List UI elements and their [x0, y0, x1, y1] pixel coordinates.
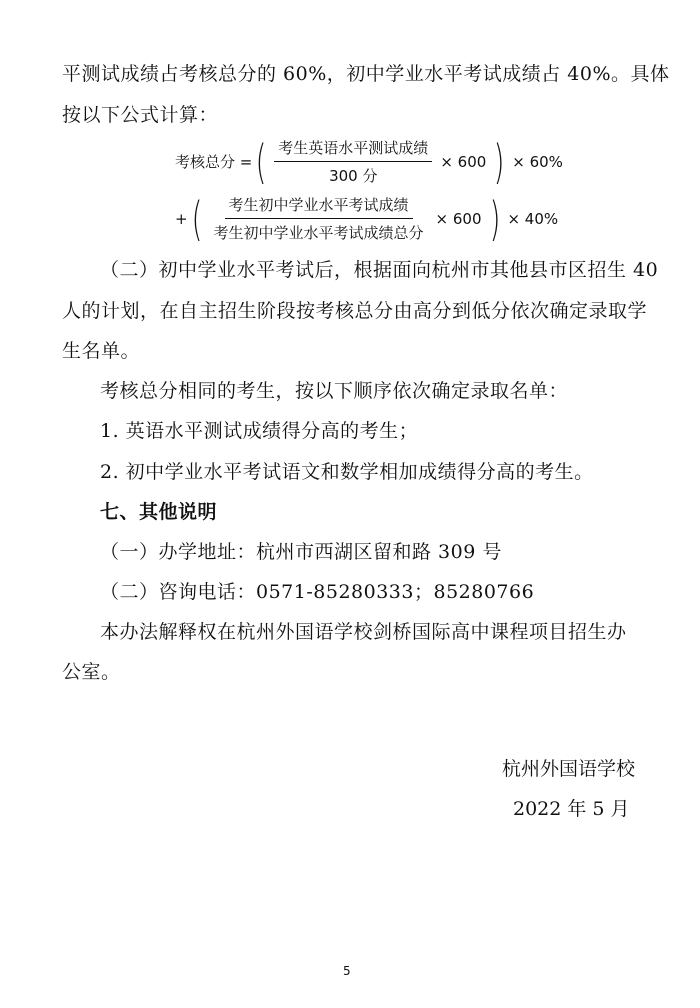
page-number: 5 [343, 964, 351, 978]
signature-organization: 杭州外国语学校 [502, 757, 635, 781]
left-paren: ( [191, 196, 202, 242]
fraction-denominator: 300 分 [325, 162, 381, 186]
fraction-numerator: 考生英语水平测试成绩 [274, 137, 432, 162]
paragraph-line: 本办法解释权在杭州外国语学校剑桥国际高中课程项目招生办 [100, 620, 680, 644]
tie-rule-item: 1. 英语水平测试成绩得分高的考生； [100, 419, 680, 443]
fraction-numerator: 考生初中学业水平考试成绩 [225, 194, 413, 219]
multiplier: × 600 [440, 153, 486, 171]
paragraph-line: 人的计划，在自主招生阶段按考核总分由高分到低分依次确定录取学 [62, 299, 642, 323]
paragraph-line: 按以下公式计算： [62, 103, 642, 127]
multiplier: × 600 [436, 210, 482, 228]
formula-row-2: + ( 考生初中学业水平考试成绩 考生初中学业水平考试成绩总分 × 600 ) … [175, 194, 562, 243]
paragraph-line: 公室。 [62, 660, 642, 684]
paragraph-line: 平测试成绩占考核总分的 60%，初中学业水平考试成绩占 40%。具体 [62, 62, 642, 86]
fraction-exam: 考生初中学业水平考试成绩 考生初中学业水平考试成绩总分 [210, 194, 428, 243]
formula-row-1: 考核总分 = ( 考生英语水平测试成绩 300 分 × 600 ) × 60% [175, 137, 567, 186]
fraction-english: 考生英语水平测试成绩 300 分 [274, 137, 432, 186]
phone-line: （二）咨询电话：0571-85280333；85280766 [100, 580, 680, 604]
weight: × 60% [512, 153, 563, 171]
paragraph-line: （二）初中学业水平考试后，根据面向杭州市其他县市区招生 40 [100, 258, 680, 282]
right-paren: ) [489, 196, 500, 242]
plus-sign: + [175, 210, 188, 228]
tie-rule-item: 2. 初中学业水平考试语文和数学相加成绩得分高的考生。 [100, 460, 680, 484]
tie-rule-intro: 考核总分相同的考生，按以下顺序依次确定录取名单： [100, 379, 680, 403]
weight: × 40% [507, 210, 558, 228]
signature-date: 2022 年 5 月 [513, 797, 630, 821]
formula-lhs: 考核总分 = [175, 151, 252, 172]
left-paren: ( [256, 139, 267, 185]
fraction-denominator: 考生初中学业水平考试成绩总分 [210, 219, 428, 243]
right-paren: ) [494, 139, 505, 185]
section-heading: 七、其他说明 [100, 500, 680, 524]
address-line: （一）办学地址：杭州市西湖区留和路 309 号 [100, 540, 680, 564]
paragraph-line: 生名单。 [62, 339, 642, 363]
